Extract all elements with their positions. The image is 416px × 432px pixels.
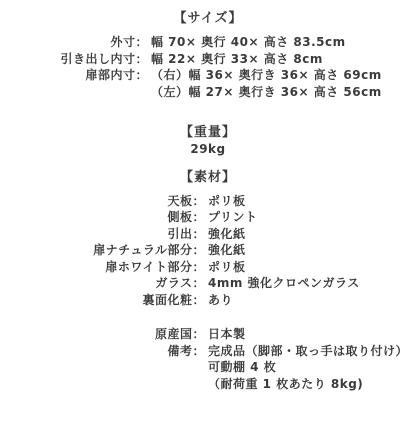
spec-value-origin-country: 日本製 (208, 326, 416, 343)
material-spec-list: 天板： ポリ板 側板： プリント 引出： 強化紙 扉ナチュラル部分： 強化紙 扉… (0, 193, 416, 309)
spec-value-glass: 4mm 強化クロペンガラス (208, 275, 416, 292)
spec-value-drawer-dim: 幅 22× 奥行 33× 高さ 8cm (151, 51, 416, 68)
size-section-title: 【サイズ】 (0, 11, 416, 27)
size-section: 【サイズ】 外寸： 幅 70× 奥行 40× 高さ 83.5cm 引き出し内寸：… (0, 11, 416, 100)
spec-label-back-finish: 裏面化粧： (0, 292, 205, 309)
size-spec-list: 外寸： 幅 70× 奥行 40× 高さ 83.5cm 引き出し内寸： 幅 22×… (0, 34, 416, 100)
material-section: 【素材】 天板： ポリ板 側板： プリント 引出： 強化紙 扉ナチュラル部分： … (0, 170, 416, 309)
spec-value-door-dim-right: （右）幅 36× 奥行き 36× 高さ 69cm (151, 67, 416, 84)
product-spec-sheet: 【サイズ】 外寸： 幅 70× 奥行 40× 高さ 83.5cm 引き出し内寸：… (0, 0, 416, 432)
weight-section: 【重量】 29kg (0, 125, 416, 158)
spec-value-back-finish: あり (208, 292, 416, 309)
spec-value-outer-dim: 幅 70× 奥行 40× 高さ 83.5cm (151, 34, 416, 51)
spec-label-side-board: 側板： (0, 209, 205, 226)
spec-label-door-white: 扉ホワイト部分： (0, 259, 205, 276)
weight-value: 29kg (0, 141, 416, 158)
spec-label-blank (0, 84, 148, 101)
weight-section-title: 【重量】 (0, 125, 416, 141)
spec-value-door-dim-left: （左）幅 27× 奥行き 36× 高さ 56cm (151, 84, 416, 101)
spec-label-top-board: 天板： (0, 193, 205, 210)
origin-section: 原産国： 日本製 備考： 完成品（脚部・取っ手は取り付け） 可動棚 4 枚 （耐… (0, 326, 416, 392)
spec-label-blank (0, 359, 205, 376)
spec-label-glass: ガラス： (0, 275, 205, 292)
spec-value-load-capacity: （耐荷重 1 枚あたり 8kg) (208, 376, 416, 393)
spec-value-drawer: 強化紙 (208, 226, 416, 243)
spec-label-origin-country: 原産国： (0, 326, 205, 343)
spec-label-door-dim: 扉部内寸： (0, 67, 148, 84)
spec-label-outer-dim: 外寸： (0, 34, 148, 51)
spec-label-notes: 備考： (0, 343, 205, 360)
origin-spec-list: 原産国： 日本製 備考： 完成品（脚部・取っ手は取り付け） 可動棚 4 枚 （耐… (0, 326, 416, 392)
spec-label-door-natural: 扉ナチュラル部分： (0, 242, 205, 259)
spec-label-drawer-dim: 引き出し内寸： (0, 51, 148, 68)
spec-value-notes: 完成品（脚部・取っ手は取り付け） (208, 343, 416, 360)
material-section-title: 【素材】 (0, 170, 416, 186)
spec-value-shelves: 可動棚 4 枚 (208, 359, 416, 376)
spec-label-blank (0, 376, 205, 393)
spec-value-door-white: ポリ板 (208, 259, 416, 276)
spec-value-side-board: プリント (208, 209, 416, 226)
spec-value-top-board: ポリ板 (208, 193, 416, 210)
spec-value-door-natural: 強化紙 (208, 242, 416, 259)
spec-label-drawer: 引出： (0, 226, 205, 243)
